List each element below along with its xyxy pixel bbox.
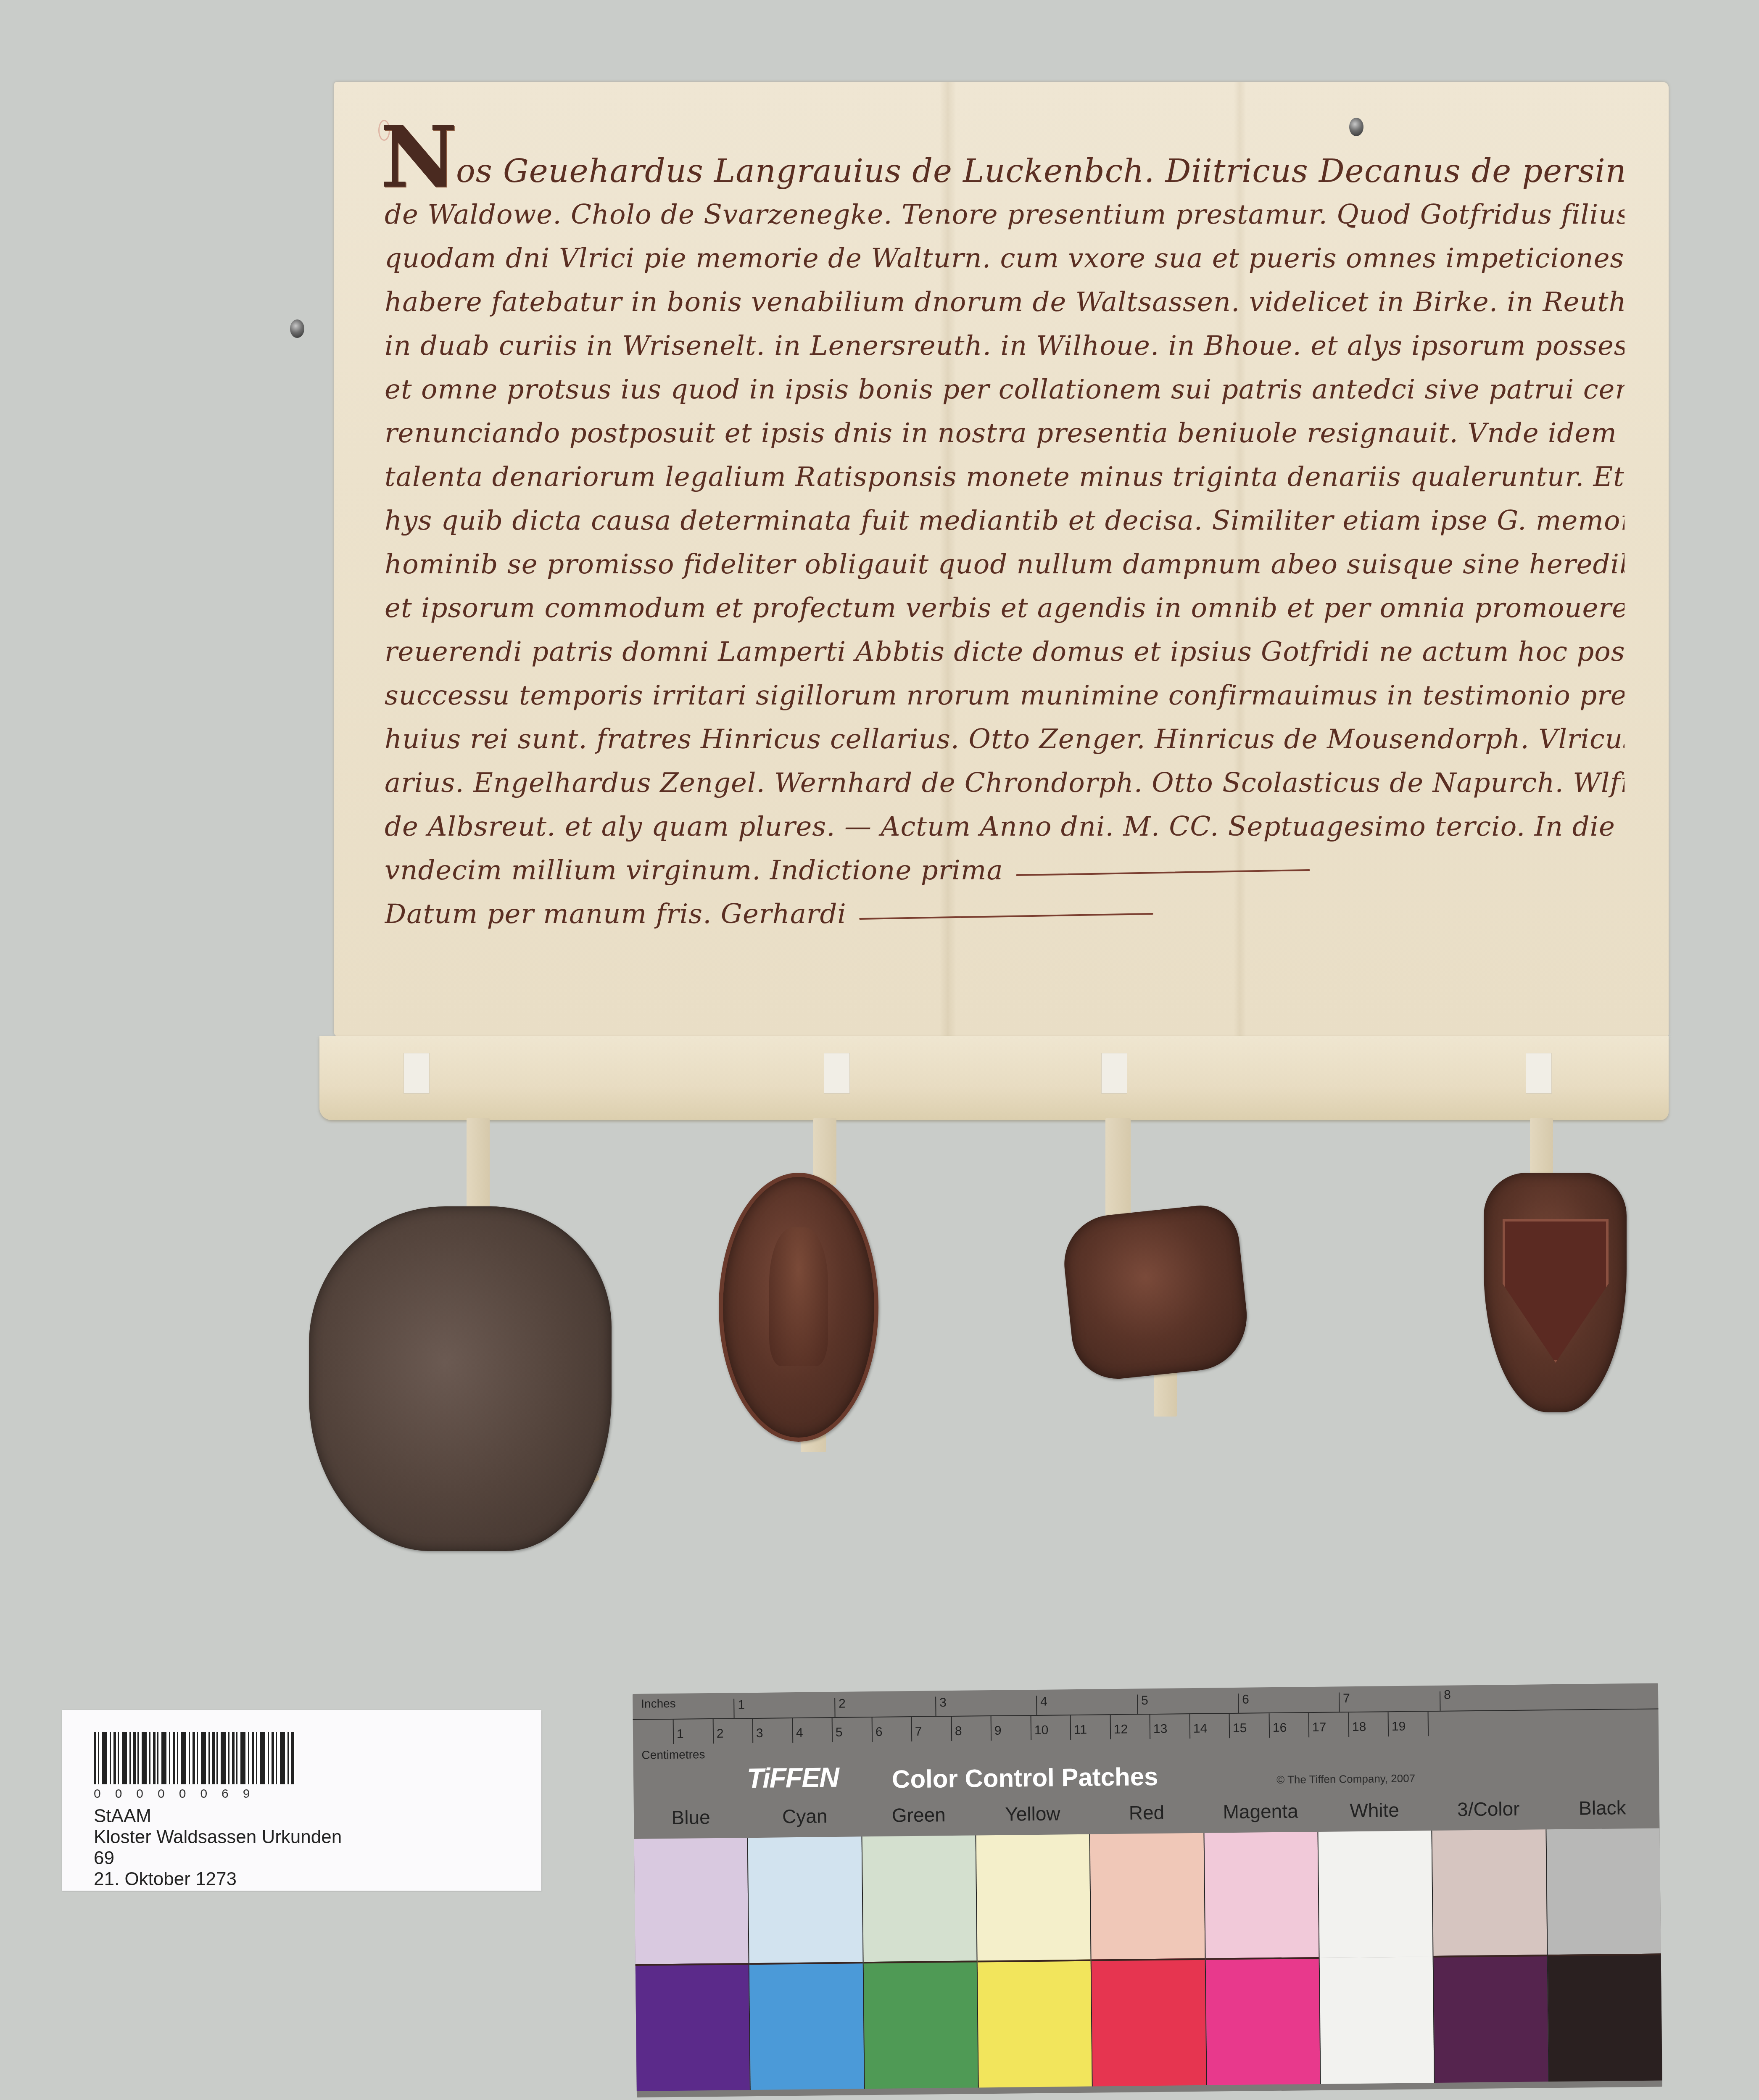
text-line: in duab curiis in Wrisenelt. in Lenersre… [385,324,1625,368]
patch-cyan-dark [749,1962,864,2090]
cm-mark: 1 [677,1727,684,1741]
patch-white-dark [1320,1957,1434,2084]
cm-tick [832,1718,833,1742]
cm-mark: 8 [955,1724,962,1739]
item-number: 69 [94,1848,342,1869]
cm-tick [1189,1714,1191,1739]
cm-tick [1031,1716,1032,1740]
text-line: hys quib dicta causa determinata fuit me… [385,499,1625,543]
centimetres-label: Centimetres [641,1748,705,1762]
text-line: successu temporis irritari sigillorum nr… [385,674,1625,718]
text-line: renunciando postposuit et ipsis dnis in … [385,412,1625,455]
seal-slit [403,1053,430,1094]
patch-yellow [976,1834,1092,2088]
text-line: Datum per manum fris. Gerhardi [385,892,1625,936]
cm-tick [1269,1713,1270,1738]
inch-mark: 1 [738,1698,745,1712]
text-line: arius. Engelhardus Zengel. Wernhard de C… [385,761,1625,805]
cm-tick [1428,1712,1429,1736]
patch-green-dark [863,1960,978,2089]
patch-label-black: Black [1545,1796,1660,1826]
equestrian-seal [309,1206,612,1551]
text-line: habere fatebatur in bonis venabilium dno… [385,280,1625,324]
inch-mark: 8 [1444,1688,1451,1702]
seal-strip [813,1118,836,1185]
cm-mark: 2 [717,1727,724,1741]
text-line: de Albsreut. et aly quam plures. — Actum… [385,805,1625,849]
patch-3color-light [1432,1829,1547,1956]
patch-magenta [1203,1832,1320,2085]
patch-red-light [1090,1833,1205,1960]
patch-label-blue: Blue [634,1805,748,1836]
patch-white-light [1318,1831,1432,1958]
patch-blue-light [634,1838,749,1964]
barcode [94,1732,295,1784]
cm-mark: 19 [1392,1720,1406,1734]
seal-strip-tail [1154,1370,1177,1417]
patch-blue [634,1838,750,2091]
patch-label-cyan: Cyan [748,1804,862,1835]
patch-white [1317,1831,1434,2084]
mounting-pin-left [290,319,304,338]
inch-tick [1036,1696,1037,1715]
cm-tick [673,1720,674,1744]
inch-mark: 7 [1343,1691,1350,1706]
inch-tick [834,1698,835,1717]
cm-tick [752,1719,754,1743]
patch-black-light [1546,1828,1661,1955]
color-patches [634,1828,1662,2091]
patch-label-magenta: Magenta [1203,1799,1318,1830]
cm-mark: 7 [915,1725,922,1739]
inch-tick [733,1699,734,1718]
cm-mark: 13 [1153,1722,1168,1736]
cm-mark: 14 [1193,1722,1208,1736]
seal-slit [1101,1053,1127,1094]
patch-yellow-light [976,1834,1091,1961]
tiffen-logo: TiFFEN [747,1761,839,1794]
text-line: hominib se promisso fideliter obligauit … [385,543,1625,586]
cm-mark: 6 [876,1725,883,1739]
inch-mark: 5 [1141,1694,1148,1708]
charter-text: os Geuehardus Langrauius de Luckenbch. D… [385,149,1625,936]
patch-magenta-dark [1205,1957,1320,2085]
shield-icon [1503,1219,1609,1363]
cm-tick [991,1716,992,1741]
cm-tick [872,1717,873,1742]
patch-green [861,1835,978,2089]
cm-mark: 4 [796,1726,803,1740]
color-control-chart: Inches Centimetres 1 2 3 4 5 6 7 8 1 2 3… [633,1683,1662,2097]
cm-tick [1070,1715,1071,1740]
inch-tick [1238,1694,1239,1713]
cm-tick [1348,1712,1350,1737]
patch-3color [1432,1829,1548,2083]
inch-mark: 6 [1242,1693,1249,1707]
patch-3color-dark [1434,1955,1548,2083]
cm-tick [1229,1714,1230,1738]
document-date: 21. Oktober 1273 [94,1869,342,1890]
text-line: huius rei sunt. fratres Hinricus cellari… [385,718,1625,761]
chart-copyright: © The Tiffen Company, 2007 [1276,1772,1415,1786]
barcode-number: 00000069 [94,1787,295,1801]
text-line: vndecim millium virginum. Indictione pri… [385,849,1625,892]
patch-label-green: Green [862,1803,976,1834]
seal-strip [1105,1118,1131,1223]
inch-mark: 2 [839,1697,846,1711]
inch-tick [1339,1692,1340,1712]
cm-tick [951,1717,952,1741]
patch-label-red: Red [1089,1801,1204,1831]
patch-black [1545,1828,1662,2082]
inch-tick [1440,1691,1440,1711]
plica-fold [319,1036,1669,1120]
archive-name: StAAM [94,1806,342,1827]
inches-label: Inches [641,1697,676,1711]
patch-yellow-dark [978,1960,1092,2088]
cm-mark: 15 [1233,1721,1247,1736]
cm-mark: 16 [1273,1721,1287,1735]
inch-tick [935,1696,936,1716]
text-line: talenta denariorum legalium Ratisponsis … [385,455,1625,499]
patch-cyan [747,1836,864,2090]
seal-slit [1526,1053,1552,1094]
cm-tick [1150,1715,1151,1739]
patch-red-dark [1092,1958,1206,2087]
text-line: reuerendi patris domni Lamperti Abbtis d… [385,630,1625,674]
inch-mark: 4 [1040,1695,1047,1709]
patch-label-white: White [1317,1798,1432,1829]
seal-figure [769,1227,828,1366]
cm-mark: 9 [994,1724,1002,1738]
cm-tick [1308,1713,1310,1737]
patch-red [1089,1833,1206,2087]
cm-tick [1110,1715,1111,1739]
patch-label-yellow: Yellow [976,1802,1090,1833]
ruler-line [633,1708,1659,1720]
collection-name: Kloster Waldsassen Urkunden [94,1827,342,1848]
seal-slit [824,1053,850,1094]
cm-tick [792,1718,794,1743]
text-line: et ipsorum commodum et profectum verbis … [385,586,1625,630]
patch-label-3color: 3/Color [1431,1797,1545,1828]
patch-blue-dark [636,1963,750,2091]
patch-black-dark [1548,1953,1662,2082]
patch-green-light [862,1835,976,1962]
chart-title: Color Control Patches [892,1762,1158,1794]
cm-mark: 10 [1034,1723,1049,1738]
text-line: os Geuehardus Langrauius de Luckenbch. D… [385,149,1625,193]
cm-mark: 17 [1312,1720,1327,1735]
ecclesiastical-seal [719,1173,878,1442]
patch-magenta-light [1204,1832,1319,1958]
inch-tick [1137,1694,1138,1714]
cm-tick [1388,1712,1389,1736]
mounting-pin-right [1349,118,1363,136]
inch-mark: 3 [939,1696,947,1710]
cm-tick [713,1719,714,1744]
archive-label: 00000069 StAAM Kloster Waldsassen Urkund… [62,1710,541,1891]
cm-mark: 12 [1114,1723,1128,1737]
text-line: et omne protsus ius quod in ipsis bonis … [385,368,1625,412]
text-line: quodam dni Vlrici pie memorie de Walturn… [385,237,1625,280]
heraldic-seal-shield [1484,1173,1627,1412]
cm-mark: 3 [756,1726,763,1741]
text-line: de Waldowe. Cholo de Svarzenegke. Tenore… [385,193,1625,237]
cm-tick [911,1717,912,1741]
cm-mark: 11 [1074,1723,1087,1737]
patch-cyan-light [748,1836,862,1963]
heraldic-seal-bend [1060,1202,1252,1383]
cm-mark: 18 [1352,1720,1366,1734]
ruler: Inches Centimetres 1 2 3 4 5 6 7 8 1 2 3… [633,1683,1659,1757]
cm-mark: 5 [836,1725,843,1740]
